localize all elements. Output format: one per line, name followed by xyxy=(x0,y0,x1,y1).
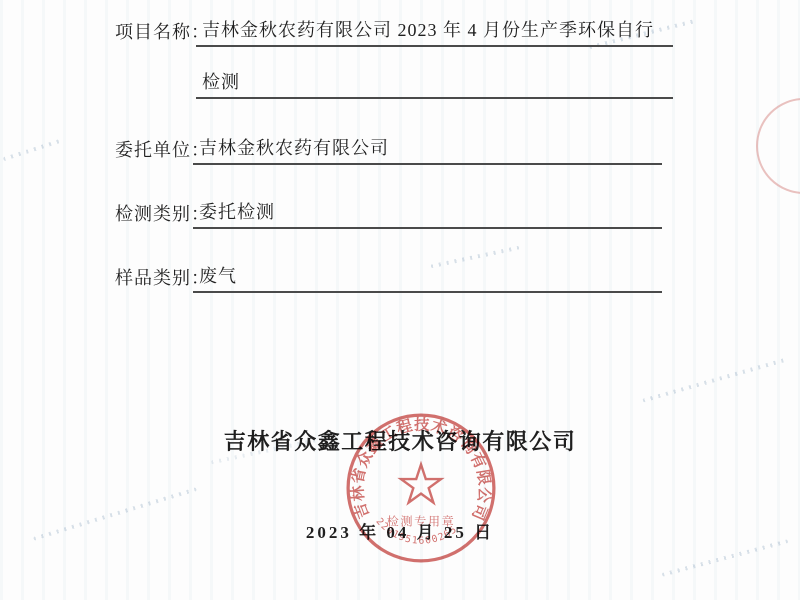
partial-seal-right-edge xyxy=(756,98,800,194)
client-unit-value: 吉林金秋农药有限公司 xyxy=(193,134,662,165)
watermark-scribble xyxy=(642,357,787,402)
watermark-scribble xyxy=(3,139,61,161)
company-seal: 吉林省众鑫工程技术咨询有限公司 检测专用章 2201951600265 xyxy=(340,407,502,569)
project-name-value-line2: 检测 xyxy=(196,68,673,99)
test-category-value: 委托检测 xyxy=(193,198,662,229)
seal-star-icon xyxy=(401,465,441,503)
seal-center-text: 检测专用章 xyxy=(387,513,456,528)
project-name-value-line1: 吉林金秋农药有限公司 2023 年 4 月份生产季环保自行 xyxy=(196,16,673,47)
sample-category-value: 废气 xyxy=(193,262,662,293)
watermark-scribble xyxy=(662,539,789,577)
report-cover-page: 项目名称： 吉林金秋农药有限公司 2023 年 4 月份生产季环保自行 检测 委… xyxy=(0,0,800,600)
